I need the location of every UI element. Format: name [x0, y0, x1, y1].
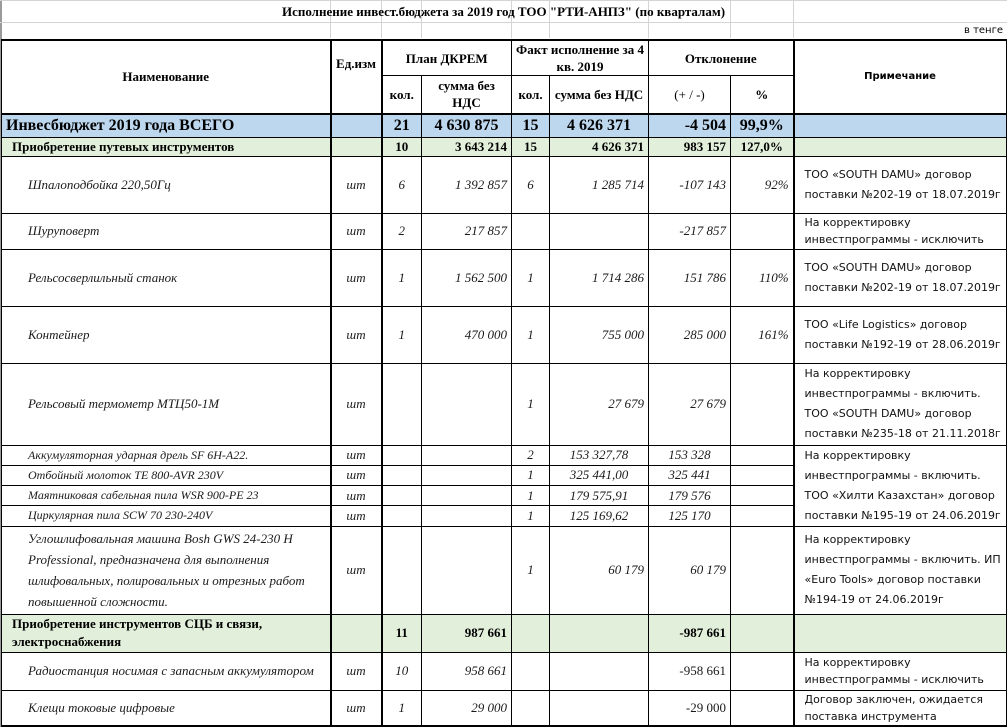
group-fact-qty — [512, 614, 550, 652]
header-dev-pct: % — [731, 76, 794, 114]
item-plan-sum — [422, 526, 512, 614]
item-note: Договор заключен, ожидается поставка инс… — [794, 690, 1007, 726]
group-name: Приобретение инструментов СЦБ и связи, э… — [2, 614, 331, 652]
group-pct — [731, 614, 794, 652]
item-plan-sum: 217 857 — [422, 213, 512, 249]
total-name: Инвесбюджет 2019 года ВСЕГО — [2, 114, 331, 138]
item-pct — [731, 486, 794, 506]
item-dev: 153 328 — [649, 445, 731, 465]
item-unit: шт — [331, 486, 382, 506]
item-fact-sum: 125 169,62 — [550, 506, 649, 526]
group-dev: 983 157 — [649, 137, 731, 156]
table-row: Контейнер шт 1 470 000 1 755 000 285 000… — [2, 306, 1007, 363]
item-unit: шт — [331, 465, 382, 485]
item-unit: шт — [331, 690, 382, 726]
item-fact-qty — [512, 213, 550, 249]
report-title: Исполнение инвест.бюджета за 2019 год ТО… — [0, 2, 1007, 22]
item-name: Циркулярная пила SCW 70 230-240V — [2, 506, 331, 526]
item-fact-sum: 179 575,91 — [550, 486, 649, 506]
item-plan-sum — [422, 506, 512, 526]
item-unit: шт — [331, 156, 382, 213]
item-plan-qty: 10 — [382, 652, 422, 690]
table-row: Углошлифовальная машина Bosh GWS 24-230 … — [2, 526, 1007, 614]
item-pct — [731, 363, 794, 445]
item-pct — [731, 445, 794, 465]
item-fact-qty: 6 — [512, 156, 550, 213]
item-note: ТОО «Life Logistics» договор поставки №1… — [794, 306, 1007, 363]
group-plan-qty: 10 — [382, 137, 422, 156]
item-fact-sum: 153 327,78 — [550, 445, 649, 465]
group-fact-qty: 15 — [512, 137, 550, 156]
item-plan-sum — [422, 486, 512, 506]
table-row: Аккумуляторная ударная дрель SF 6H-A22. … — [2, 445, 1007, 465]
item-fact-qty — [512, 690, 550, 726]
item-name: Маятниковая сабельная пила WSR 900-PE 23 — [2, 486, 331, 506]
item-plan-qty — [382, 506, 422, 526]
group-pct: 127,0% — [731, 137, 794, 156]
item-name: Радиостанция носимая с запасным аккумуля… — [2, 652, 331, 690]
item-plan-qty: 1 — [382, 249, 422, 306]
item-name: Рельсовый термометр МТЦ50-1М — [2, 363, 331, 445]
item-pct — [731, 465, 794, 485]
group-dev: -987 661 — [649, 614, 731, 652]
item-fact-qty: 2 — [512, 445, 550, 465]
item-dev: 27 679 — [649, 363, 731, 445]
item-note: ТОО «SOUTH DAMU» договор поставки №202-1… — [794, 156, 1007, 213]
item-plan-qty — [382, 526, 422, 614]
item-name: Рельсосверлильный станок — [2, 249, 331, 306]
item-pct — [731, 213, 794, 249]
item-plan-sum — [422, 445, 512, 465]
group-fact-sum — [550, 614, 649, 652]
header-plan-sum: сумма без НДС — [422, 76, 512, 114]
item-unit: шт — [331, 652, 382, 690]
item-fact-sum: 1 714 286 — [550, 249, 649, 306]
item-plan-sum: 958 661 — [422, 652, 512, 690]
header-plan-qty: кол. — [382, 76, 422, 114]
item-pct: 110% — [731, 249, 794, 306]
item-unit: шт — [331, 306, 382, 363]
item-fact-qty — [512, 652, 550, 690]
item-dev: -217 857 — [649, 213, 731, 249]
item-note: На корректировку инвестпрограммы - исклю… — [794, 213, 1007, 249]
item-name: Отбойный молоток TE 800-AVR 230V — [2, 465, 331, 485]
header-deviation: Отклонение — [649, 40, 794, 76]
group-plan-qty: 11 — [382, 614, 422, 652]
item-plan-qty — [382, 465, 422, 485]
units-label: в тенге — [964, 24, 1003, 38]
total-fact-qty: 15 — [512, 114, 550, 138]
item-pct: 161% — [731, 306, 794, 363]
item-plan-qty: 1 — [382, 306, 422, 363]
item-note: На корректировку инвестпрограммы - включ… — [794, 526, 1007, 614]
header-fact-qty: кол. — [512, 76, 550, 114]
item-fact-qty: 1 — [512, 486, 550, 506]
total-plan-qty: 21 — [382, 114, 422, 138]
item-plan-qty: 6 — [382, 156, 422, 213]
group-plan-sum: 987 661 — [422, 614, 512, 652]
table-row: Рельсосверлильный станок шт 1 1 562 500 … — [2, 249, 1007, 306]
item-dev: 325 441 — [649, 465, 731, 485]
table-row: Клещи токовые цифровые шт 1 29 000 -29 0… — [2, 690, 1007, 726]
item-name: Углошлифовальная машина Bosh GWS 24-230 … — [2, 526, 331, 614]
item-plan-qty: 2 — [382, 213, 422, 249]
item-note: ТОО «SOUTH DAMU» договор поставки №202-1… — [794, 249, 1007, 306]
item-note: На корректировку инвестпрограммы - включ… — [794, 363, 1007, 445]
header-unit: Ед.изм — [331, 40, 382, 114]
group-row: Приобретение инструментов СЦБ и связи, э… — [2, 614, 1007, 652]
item-pct — [731, 690, 794, 726]
item-plan-sum: 1 392 857 — [422, 156, 512, 213]
item-unit: шт — [331, 249, 382, 306]
table-row: Рельсовый термометр МТЦ50-1М шт 1 27 679… — [2, 363, 1007, 445]
header-fact: Факт исполнение за 4 кв. 2019 — [512, 40, 649, 76]
item-fact-sum: 60 179 — [550, 526, 649, 614]
header-fact-sum: сумма без НДС — [550, 76, 649, 114]
header-dev-abs: (+ / -) — [649, 76, 731, 114]
item-fact-qty: 1 — [512, 465, 550, 485]
item-fact-qty: 1 — [512, 526, 550, 614]
item-unit: шт — [331, 445, 382, 465]
item-fact-sum: 755 000 — [550, 306, 649, 363]
item-pct: 92% — [731, 156, 794, 213]
item-note: На корректировку инвестпрограммы - включ… — [794, 445, 1007, 526]
total-pct: 99,9% — [731, 114, 794, 138]
total-plan-sum: 4 630 875 — [422, 114, 512, 138]
item-plan-sum: 1 562 500 — [422, 249, 512, 306]
item-fact-sum — [550, 652, 649, 690]
item-plan-qty — [382, 486, 422, 506]
group-name: Приобретение путевых инструментов — [2, 137, 331, 156]
item-plan-qty — [382, 363, 422, 445]
item-fact-sum — [550, 213, 649, 249]
item-plan-sum — [422, 363, 512, 445]
item-fact-qty: 1 — [512, 363, 550, 445]
item-dev: -29 000 — [649, 690, 731, 726]
item-dev: 285 000 — [649, 306, 731, 363]
item-name: Шуруповерт — [2, 213, 331, 249]
group-row: Приобретение путевых инструментов 10 3 6… — [2, 137, 1007, 156]
item-pct — [731, 652, 794, 690]
item-unit: шт — [331, 506, 382, 526]
total-dev: -4 504 — [649, 114, 731, 138]
header-plan: План ДКРЕМ — [382, 40, 512, 76]
item-plan-sum: 470 000 — [422, 306, 512, 363]
item-plan-sum — [422, 465, 512, 485]
item-name: Контейнер — [2, 306, 331, 363]
item-unit: шт — [331, 526, 382, 614]
item-dev: 151 786 — [649, 249, 731, 306]
group-plan-sum: 3 643 214 — [422, 137, 512, 156]
item-fact-qty: 1 — [512, 306, 550, 363]
item-name: Шпалоподбойка 220,50Гц — [2, 156, 331, 213]
item-unit: шт — [331, 213, 382, 249]
item-name: Аккумуляторная ударная дрель SF 6H-A22. — [2, 445, 331, 465]
item-dev: -107 143 — [649, 156, 731, 213]
item-pct — [731, 506, 794, 526]
total-fact-sum: 4 626 371 — [550, 114, 649, 138]
budget-table: Наименование Ед.изм План ДКРЕМ Факт испо… — [1, 39, 1007, 727]
item-dev: -958 661 — [649, 652, 731, 690]
table-row: Шпалоподбойка 220,50Гц шт 6 1 392 857 6 … — [2, 156, 1007, 213]
item-unit: шт — [331, 363, 382, 445]
item-fact-qty: 1 — [512, 249, 550, 306]
item-note: На корректировку инвестпрограммы - исклю… — [794, 652, 1007, 690]
item-dev: 179 576 — [649, 486, 731, 506]
header-note: Примечание — [794, 40, 1007, 114]
item-plan-qty — [382, 445, 422, 465]
header-name: Наименование — [2, 40, 331, 114]
item-pct — [731, 526, 794, 614]
item-fact-sum: 27 679 — [550, 363, 649, 445]
table-row: Радиостанция носимая с запасным аккумуля… — [2, 652, 1007, 690]
item-fact-sum: 1 285 714 — [550, 156, 649, 213]
item-dev: 60 179 — [649, 526, 731, 614]
item-dev: 125 170 — [649, 506, 731, 526]
item-fact-sum: 325 441,00 — [550, 465, 649, 485]
table-row: Шуруповерт шт 2 217 857 -217 857 На корр… — [2, 213, 1007, 249]
item-name: Клещи токовые цифровые — [2, 690, 331, 726]
total-row: Инвесбюджет 2019 года ВСЕГО 21 4 630 875… — [2, 114, 1007, 138]
item-plan-sum: 29 000 — [422, 690, 512, 726]
group-fact-sum: 4 626 371 — [550, 137, 649, 156]
item-fact-sum — [550, 690, 649, 726]
item-fact-qty: 1 — [512, 506, 550, 526]
item-plan-qty: 1 — [382, 690, 422, 726]
